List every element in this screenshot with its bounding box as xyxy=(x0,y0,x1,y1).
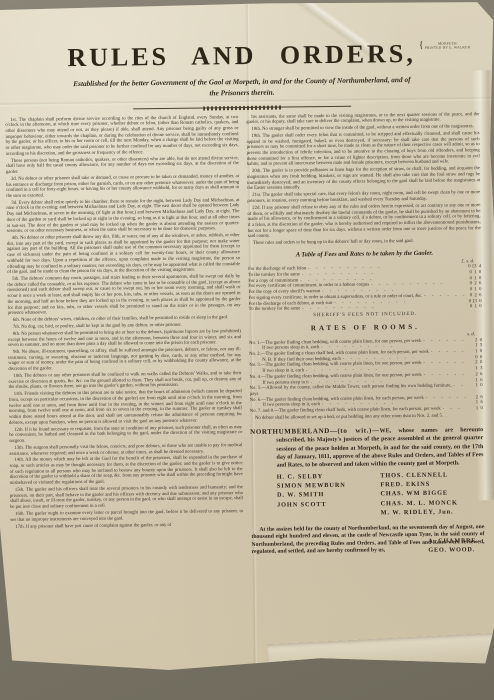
rule-paragraph: 20th. The gaoler is to provide palliasse… xyxy=(247,166,480,192)
right-column-rules: his assistants, the same shall be made t… xyxy=(246,112,481,247)
judges-signatures: A. CHAMBRE.GEO. WOOD. xyxy=(428,537,478,556)
subtitle-line2: the Prisoners therein. xyxy=(209,88,274,98)
rule-paragraph: 8th. No person whatsoever shall be permi… xyxy=(8,329,241,349)
signatures-left-column: H. C. SELBYSIMON MEWBURND. W. SMITHJOHN … xyxy=(277,471,381,519)
justices-signatures: H. C. SELBYSIMON MEWBURND. W. SMITHJOHN … xyxy=(251,470,485,520)
approval-text: NORTHUMBERLAND—(to wit.)—WE, whose names… xyxy=(250,425,484,471)
page-title: RULES AND ORDERS, xyxy=(4,40,478,72)
row-amount: 0 1 0 xyxy=(465,304,482,310)
left-column: 1st. The chaplain shall perform divine s… xyxy=(5,115,243,560)
approval-section: NORTHUMBERLAND—(to wit.)—WE, whose names… xyxy=(250,425,484,520)
rule-paragraph: 15th. The gaoler and his officers shall … xyxy=(10,485,243,511)
two-column-text: 1st. The chaplain shall perform divine s… xyxy=(5,112,484,560)
rule-paragraph: 11th. Friends visiting the debtors in th… xyxy=(9,389,242,426)
rule-paragraph: 2d. No debtor or other prisoner shall ta… xyxy=(6,174,239,200)
fees-rows: For the discharge of each felon0 13 4To … xyxy=(248,265,482,313)
printer-imprint: { MORPETH: PRINTED BY E. WALKER. xyxy=(419,40,472,51)
rule-paragraph: 9th. No abuse, ill-treatment, quarrellin… xyxy=(8,347,241,373)
rule-paragraph: Those persons (not being Roman catholics… xyxy=(6,156,239,176)
rule-paragraph: 5th. The debtors' common day room, passa… xyxy=(7,274,240,317)
rule-paragraph: 12th. If it be found necessary or requis… xyxy=(9,425,242,445)
divider-ornament xyxy=(203,105,281,110)
rule-paragraph: 10th. The debtors or any other prisoners… xyxy=(8,371,241,391)
county-heading: NORTHUMBERLAND—(to wit.)— xyxy=(250,426,379,436)
rates-of-rooms: RATES OF ROOMS. s. d. No. 1.—The gaoler … xyxy=(249,323,483,422)
rule-paragraph: 22d. If any prisoner shall refuse to obe… xyxy=(247,203,480,240)
signatures-right-column: THOS. CLENNELLFRED. EKINSCHAS. WM BIGGEC… xyxy=(380,470,484,518)
signature-name: M. W. RIDLEY, Jun. xyxy=(381,507,485,518)
row-amount: 1 0 xyxy=(466,383,483,389)
fees-table-title: A Table of Fees and Rates to be taken by… xyxy=(248,249,481,260)
rule-paragraph: 14th. All the money which may be left at… xyxy=(9,455,242,486)
rule-paragraph: 1st. The chaplain shall perform divine s… xyxy=(5,115,238,158)
row-label: To the turnkey for the same xyxy=(249,307,301,313)
fees-table: A Table of Fees and Rates to be taken by… xyxy=(248,249,482,320)
rule-paragraph: 17th. If any prisoner shall have just ca… xyxy=(10,522,243,531)
rule-paragraph: 4th. No debtor or other prisoner shall t… xyxy=(7,233,240,276)
rates-rows: No. 1.—The gaoler finding clean bedding,… xyxy=(249,338,483,415)
assizes-section: At the assizes held for the county of No… xyxy=(251,524,484,557)
subtitle-line1: Established for the better Government of… xyxy=(73,75,410,88)
judge-name: A. CHAMBRE. xyxy=(428,537,478,547)
row-amount: 1 0 xyxy=(466,406,483,412)
ornamental-divider xyxy=(133,104,351,111)
rates-note: No debtor shall be allowed to set up a b… xyxy=(250,413,483,422)
dash-leaders xyxy=(441,406,466,412)
rule-paragraph: These rules and orders to be hung up in … xyxy=(248,238,481,247)
page-subtitle: Established for the better Government of… xyxy=(24,73,460,101)
brace-glyph: { xyxy=(419,41,424,51)
rule-paragraph: 3d. Every debtor shall retire quietly to… xyxy=(6,198,239,235)
dash-leaders xyxy=(452,384,466,390)
signature-name: JOHN SCOTT xyxy=(277,499,381,510)
judge-name: GEO. WOOD. xyxy=(428,546,478,556)
right-column: his assistants, the same shall be made t… xyxy=(246,112,484,557)
fees-footer: SHERIFF'S FEES NOT INCLUDED. xyxy=(249,312,482,321)
rule-paragraph: 19th. The gaoler shall order every felon… xyxy=(247,131,480,168)
imprint-line2: PRINTED BY E. WALKER. xyxy=(425,45,472,50)
document-paper: { MORPETH: PRINTED BY E. WALKER. RULES A… xyxy=(0,0,494,674)
document-content: { MORPETH: PRINTED BY E. WALKER. RULES A… xyxy=(0,0,494,674)
